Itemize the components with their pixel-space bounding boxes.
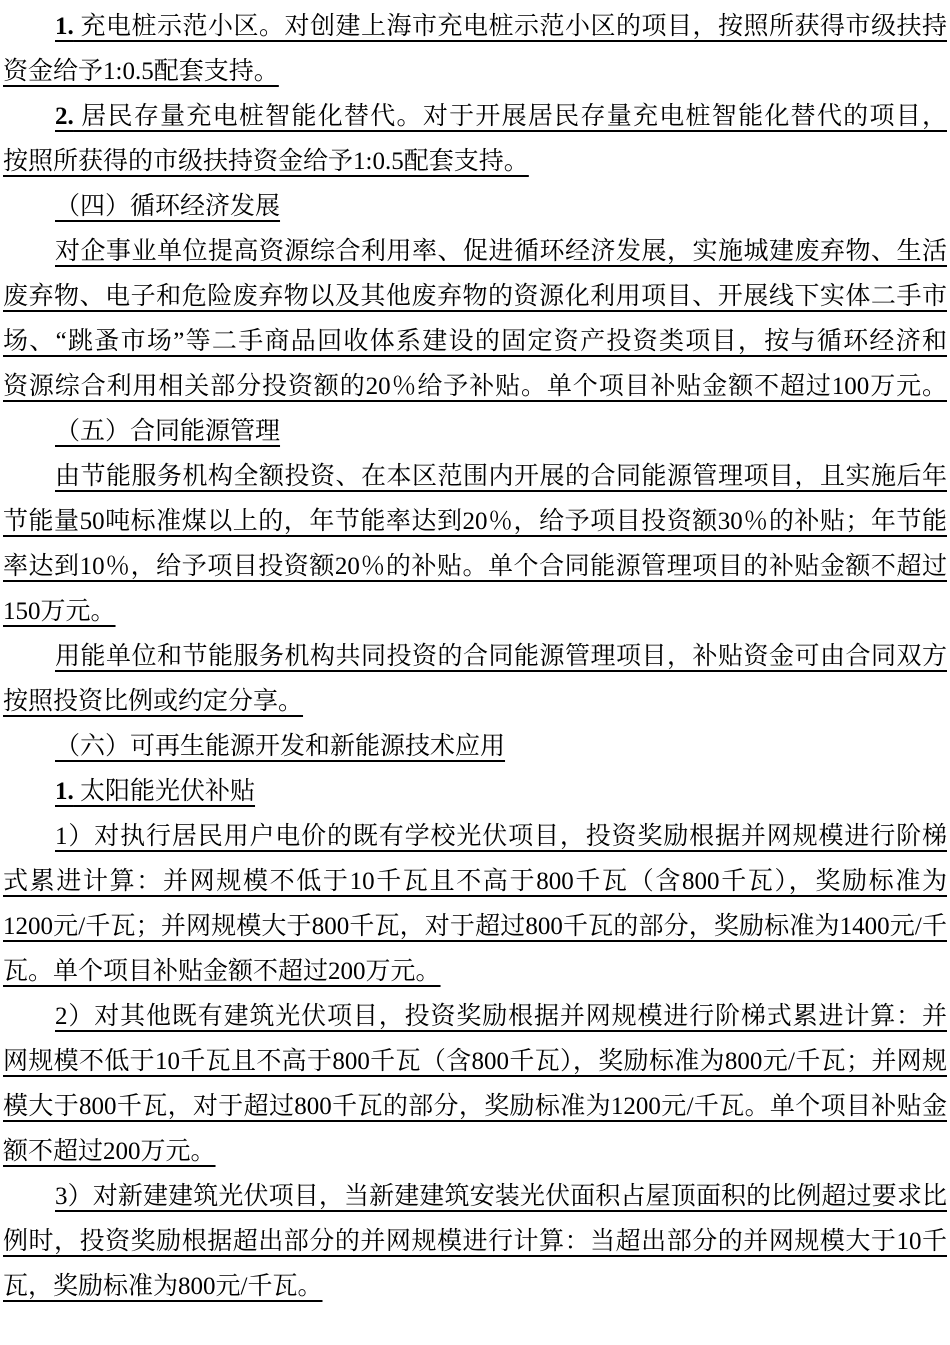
text-line: （六）可再生能源开发和新能源技术应用: [3, 724, 947, 769]
text-line: 1200元/千瓦；并网规模大于800千瓦，对于超过800千瓦的部分，奖励标准为1…: [3, 904, 947, 949]
text-line: 3）对新建建筑光伏项目，当新建建筑安装光伏面积占屋顶面积的比例超过要求比: [3, 1174, 947, 1219]
line-text: 太阳能光伏补贴: [74, 778, 255, 805]
line-text: 网规模不低于10千瓦且不高于800千瓦（含800千瓦），奖励标准为800元/千瓦…: [3, 1048, 947, 1075]
line-text: 废弃物、电子和危险废弃物以及其他废弃物的资源化利用项目、开展线下实体二手市: [3, 283, 947, 310]
text-line: 模大于800千瓦，对于超过800千瓦的部分，奖励标准为1200元/千瓦。单个项目…: [3, 1084, 947, 1129]
item-1-charging-pile-demo-community: 1. 充电桩示范小区。对创建上海市充电桩示范小区的项目，按照所获得市级扶持资金给…: [3, 4, 947, 94]
text-line: 网规模不低于10千瓦且不高于800千瓦（含800千瓦），奖励标准为800元/千瓦…: [3, 1039, 947, 1084]
text-line: 额不超过200万元。: [3, 1129, 947, 1174]
section-5-emc-body: 由节能服务机构全额投资、在本区范围内开展的合同能源管理项目，且实施后年节能量50…: [3, 454, 947, 634]
line-text: 瓦，奖励标准为800元/千瓦。: [3, 1273, 322, 1300]
line-text: 2）对其他既有建筑光伏项目，投资奖励根据并网规模进行阶梯式累进计算：并: [55, 1003, 947, 1030]
line-text: 150万元。: [3, 598, 116, 625]
line-text: 按照所获得的市级扶持资金给予1:0.5配套支持。: [3, 148, 529, 175]
line-text: 场、“跳蚤市场”等二手商品回收体系建设的固定资产投资类项目，按与循环经济和: [3, 328, 947, 355]
text-line: 150万元。: [3, 589, 947, 634]
document-body: { "page": { "background_color": "#ffffff…: [0, 0, 950, 1345]
line-text: 充电桩示范小区。对创建上海市充电桩示范小区的项目，按照所获得市级扶持: [74, 13, 947, 40]
section-5-emc-shared-investment: 用能单位和节能服务机构共同投资的合同能源管理项目，补贴资金可由合同双方按照投资比…: [3, 634, 947, 724]
text-line: 瓦，奖励标准为800元/千瓦。: [3, 1264, 947, 1309]
text-line: 率达到10％，给予项目投资额20％的补贴。单个合同能源管理项目的补贴金额不超过: [3, 544, 947, 589]
line-text: 式累进计算：并网规模不低于10千瓦且不高于800千瓦（含800千瓦），奖励标准为: [3, 868, 947, 895]
item-1-3-new-building-pv: 3）对新建建筑光伏项目，当新建建筑安装光伏面积占屋顶面积的比例超过要求比例时，投…: [3, 1174, 947, 1309]
item-1-2-other-existing-building-pv: 2）对其他既有建筑光伏项目，投资奖励根据并网规模进行阶梯式累进计算：并网规模不低…: [3, 994, 947, 1174]
text-line: 资金给予1:0.5配套支持。: [3, 49, 947, 94]
line-text: 模大于800千瓦，对于超过800千瓦的部分，奖励标准为1200元/千瓦。单个项目…: [3, 1093, 947, 1120]
line-text: 例时，投资奖励根据超出部分的并网规模进行计算：当超出部分的并网规模大于10千: [3, 1228, 947, 1255]
text-line: 例时，投资奖励根据超出部分的并网规模进行计算：当超出部分的并网规模大于10千: [3, 1219, 947, 1264]
text-line: 按照所获得的市级扶持资金给予1:0.5配套支持。: [3, 139, 947, 184]
text-line: 2. 居民存量充电桩智能化替代。对于开展居民存量充电桩智能化替代的项目，: [3, 94, 947, 139]
line-text: 对企事业单位提高资源综合利用率、促进循环经济发展，实施城建废弃物、生活: [55, 238, 947, 265]
text-line: 用能单位和节能服务机构共同投资的合同能源管理项目，补贴资金可由合同双方: [3, 634, 947, 679]
list-number-bold: 2.: [55, 103, 74, 130]
text-line: 废弃物、电子和危险废弃物以及其他废弃物的资源化利用项目、开展线下实体二手市: [3, 274, 947, 319]
line-text: 居民存量充电桩智能化替代。对于开展居民存量充电桩智能化替代的项目，: [74, 103, 947, 130]
line-text: （六）可再生能源开发和新能源技术应用: [55, 733, 505, 760]
line-text: 额不超过200万元。: [3, 1138, 216, 1165]
text-line: 对企事业单位提高资源综合利用率、促进循环经济发展，实施城建废弃物、生活: [3, 229, 947, 274]
item-1-solar-pv-subsidy-heading: 1. 太阳能光伏补贴: [3, 769, 947, 814]
text-line: （四）循环经济发展: [3, 184, 947, 229]
text-line: 由节能服务机构全额投资、在本区范围内开展的合同能源管理项目，且实施后年: [3, 454, 947, 499]
list-number-bold: 1.: [55, 13, 74, 40]
text-line: 1. 太阳能光伏补贴: [3, 769, 947, 814]
section-6-heading: （六）可再生能源开发和新能源技术应用: [3, 724, 947, 769]
line-text: 由节能服务机构全额投资、在本区范围内开展的合同能源管理项目，且实施后年: [55, 463, 947, 490]
text-line: （五）合同能源管理: [3, 409, 947, 454]
line-text: 3）对新建建筑光伏项目，当新建建筑安装光伏面积占屋顶面积的比例超过要求比: [55, 1183, 947, 1210]
line-text: 1）对执行居民用户电价的既有学校光伏项目，投资奖励根据并网规模进行阶梯: [55, 823, 947, 850]
line-text: 率达到10％，给予项目投资额20％的补贴。单个合同能源管理项目的补贴金额不超过: [3, 553, 947, 580]
line-text: 资源综合利用相关部分投资额的20％给予补贴。单个项目补贴金额不超过100万元。: [3, 373, 947, 400]
line-text: （五）合同能源管理: [55, 418, 280, 445]
text-line: 1. 充电桩示范小区。对创建上海市充电桩示范小区的项目，按照所获得市级扶持: [3, 4, 947, 49]
item-1-1-existing-school-pv: 1）对执行居民用户电价的既有学校光伏项目，投资奖励根据并网规模进行阶梯式累进计算…: [3, 814, 947, 994]
text-line: 2）对其他既有建筑光伏项目，投资奖励根据并网规模进行阶梯式累进计算：并: [3, 994, 947, 1039]
line-text: 1200元/千瓦；并网规模大于800千瓦，对于超过800千瓦的部分，奖励标准为1…: [3, 913, 947, 940]
text-line: 式累进计算：并网规模不低于10千瓦且不高于800千瓦（含800千瓦），奖励标准为: [3, 859, 947, 904]
text-line: 资源综合利用相关部分投资额的20％给予补贴。单个项目补贴金额不超过100万元。: [3, 364, 947, 409]
line-text: 节能量50吨标准煤以上的，年节能率达到20％，给予项目投资额30％的补贴；年节能: [3, 508, 947, 535]
item-2-residential-charging-pile-upgrade: 2. 居民存量充电桩智能化替代。对于开展居民存量充电桩智能化替代的项目，按照所获…: [3, 94, 947, 184]
section-5-heading: （五）合同能源管理: [3, 409, 947, 454]
line-text: 按照投资比例或约定分享。: [3, 688, 303, 715]
text-line: 按照投资比例或约定分享。: [3, 679, 947, 724]
line-text: 用能单位和节能服务机构共同投资的合同能源管理项目，补贴资金可由合同双方: [55, 643, 947, 670]
line-text: （四）循环经济发展: [55, 193, 280, 220]
list-number-bold: 1.: [55, 778, 74, 805]
text-line: 节能量50吨标准煤以上的，年节能率达到20％，给予项目投资额30％的补贴；年节能: [3, 499, 947, 544]
text-line: 1）对执行居民用户电价的既有学校光伏项目，投资奖励根据并网规模进行阶梯: [3, 814, 947, 859]
text-line: 瓦。单个项目补贴金额不超过200万元。: [3, 949, 947, 994]
document-page: 1. 充电桩示范小区。对创建上海市充电桩示范小区的项目，按照所获得市级扶持资金给…: [0, 0, 950, 1345]
line-text: 资金给予1:0.5配套支持。: [3, 58, 279, 85]
section-4-heading: （四）循环经济发展: [3, 184, 947, 229]
line-text: 瓦。单个项目补贴金额不超过200万元。: [3, 958, 441, 985]
section-4-circular-economy-body: 对企事业单位提高资源综合利用率、促进循环经济发展，实施城建废弃物、生活废弃物、电…: [3, 229, 947, 409]
text-line: 场、“跳蚤市场”等二手商品回收体系建设的固定资产投资类项目，按与循环经济和: [3, 319, 947, 364]
